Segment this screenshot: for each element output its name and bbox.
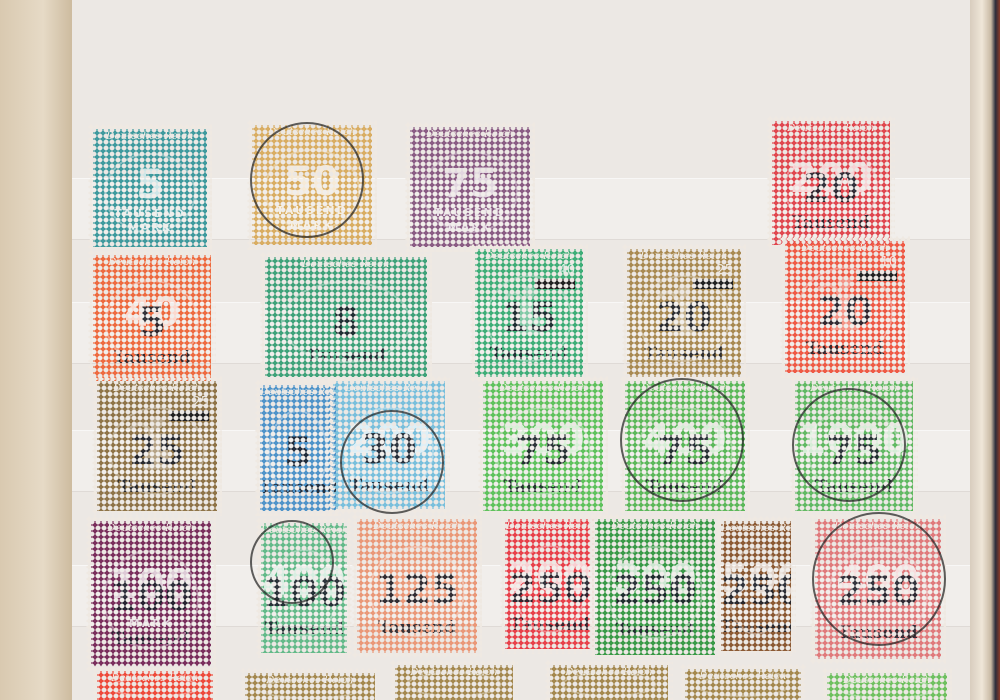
overprint-word: Tausend — [475, 344, 583, 364]
overprint-word: Tausend — [483, 477, 603, 497]
overprint-value: 125 — [357, 567, 477, 613]
stamp-corner-value: 25 — [192, 395, 209, 410]
stamp-header-text: Deutsches Reich — [505, 521, 595, 532]
stamp-corner-value: 10 — [880, 255, 897, 270]
stamp: Deutsches Reich200250Tausend — [500, 514, 600, 654]
stamp-header-text: Deutsches Reich — [91, 523, 211, 534]
stamp-header-text: Deutsches Reich — [815, 521, 941, 532]
overprint-value: 30 — [333, 427, 445, 473]
overprint-word: Tausend — [91, 629, 211, 649]
stamp-header-text: Deutsches Reich — [785, 243, 905, 254]
stamp-face-value: 5 — [93, 162, 207, 208]
overprint-word: Tausend — [595, 620, 715, 640]
stamp-currency-text: MARK — [252, 219, 372, 232]
overprint-value: 25 — [97, 428, 217, 474]
overprint-value: 5 — [260, 430, 336, 476]
stamp-header-text: Deutsches Reich — [333, 383, 445, 394]
overprint-value: 75 — [795, 428, 913, 474]
stamp-header-text: Deutsches Reich — [93, 131, 207, 142]
stamp-header-text: Deutsches Reich — [483, 383, 603, 394]
stamp-header-text: Deutsches Reich — [475, 251, 583, 262]
stamp-header-text: Deutsches Reich — [410, 129, 530, 140]
overprint-word: Tausend — [721, 617, 791, 637]
stamp-ornament-ring — [697, 675, 790, 697]
overprint-value: 20 — [785, 289, 905, 335]
stamp-header-text: Deutsches Reich — [625, 383, 745, 394]
overprint-value: 15 — [475, 295, 583, 341]
stamp: Deutsches Reich8Tausend — [260, 252, 432, 382]
overprint-value: 100 — [261, 570, 347, 616]
overprint-word: Tausend — [625, 477, 745, 497]
overprint-word: Tausend — [333, 476, 445, 496]
overprint-word: Tausend — [505, 615, 595, 635]
stamp-denomination-text: TAUSEND — [410, 206, 530, 219]
stamp-header-text: Deutsches Reich — [265, 259, 427, 270]
stamp-header-text: Deutsches Reich — [772, 123, 890, 134]
stamp: Deutsches Reich5TAUSENDMARK — [88, 124, 212, 252]
overprint-value: 8 — [265, 300, 427, 346]
stamp-header-text: Deutsches Reich — [627, 251, 741, 262]
stamp: Deutsches Reich400250Tausend — [810, 514, 946, 664]
stamp-ornament-ring — [258, 679, 362, 699]
stamp-ornament-ring — [407, 672, 501, 697]
overprint-value: 20 — [772, 166, 890, 212]
stamp-header-text: Deutsches Reich — [252, 127, 372, 138]
stamp-face-value: 50 — [252, 159, 372, 205]
stamp: Deutsches Reich500250Tausend — [716, 516, 796, 656]
stamp: Deutsches Reich — [240, 668, 380, 700]
stamp: Deutsches Reich75TAUSENDMARK — [405, 122, 535, 252]
stamp-ornament-ring — [839, 679, 935, 699]
stamp-currency-text: MARK — [93, 221, 207, 234]
overprint-word: Tausend — [627, 344, 741, 364]
stamp: Deutsches Reich — [822, 668, 952, 700]
stamp: Deutsches Reich125Tausend — [352, 514, 482, 658]
stamp-corner-value: 25 — [716, 263, 733, 278]
stamp-corner-value: 40 — [558, 263, 575, 278]
stamp: Deutsches Reich100075Tausend — [790, 376, 918, 516]
stamp-ornament-ring — [109, 677, 202, 697]
overprint-value: 250 — [505, 566, 595, 612]
stamp: Deutsches Reich20030Tausend — [328, 376, 450, 514]
album-binding-left — [0, 0, 72, 700]
stamp-header-text: Deutsches Reich — [721, 523, 791, 534]
stamp-denomination-text: TAUSEND — [93, 207, 207, 220]
overprint-word: Tausend — [261, 619, 347, 639]
overprint-value: 250 — [815, 569, 941, 615]
stamp-face-value: 75 — [410, 161, 530, 207]
overprint-value: 5 — [93, 300, 211, 346]
overprint-word: Tausend — [97, 477, 217, 497]
overprint-word: Tausend — [260, 478, 336, 498]
overprint-word: Tausend — [357, 618, 477, 638]
stamp: Deutsches Reich30075Tausend — [478, 376, 608, 516]
stamp-ornament-ring — [562, 672, 656, 697]
overprint-word: Tausend — [93, 348, 211, 368]
stamp: Deutsches Reich2525Tausend — [92, 376, 222, 516]
overprint-value: 75 — [483, 428, 603, 474]
stamp: Deutsches Reich2520Tausend — [622, 244, 746, 382]
stamp-header-text: Deutsches Reich — [93, 257, 211, 268]
overprint-value: 75 — [625, 428, 745, 474]
stamp: Deutsches Reich400100Tausend — [256, 518, 352, 658]
stamp-header-text: Deutsches Reich — [260, 387, 336, 398]
stamp: Deutsches Reich20020Tausend — [767, 116, 895, 250]
stamp: Deutsches Reich — [390, 660, 518, 700]
overprint-value: 20 — [627, 295, 741, 341]
stamp: Deutsches Reich — [92, 666, 218, 700]
overprint-value: 250 — [721, 568, 791, 614]
stamp-header-text: Deutsches Reich — [261, 525, 347, 536]
overprint-value: 100 — [91, 574, 211, 620]
overprint-word: Tausend — [795, 477, 913, 497]
overprint-word: Tausend — [815, 623, 941, 643]
stamp-denomination-text: TAUSEND — [252, 204, 372, 217]
stamp: Deutsches Reich405Tausend — [88, 250, 216, 386]
overprint-word: Tausend — [785, 339, 905, 359]
stamp-header-text: Deutsches Reich — [97, 383, 217, 394]
album-binding-right — [970, 0, 1000, 700]
overprint-word: Tausend — [772, 213, 890, 233]
stamp: Deutsches Reich300250Tausend — [590, 514, 720, 660]
stamp: Deutsches Reich1020Tausend — [780, 236, 910, 378]
stamp-header-text: Deutsches Reich — [795, 383, 913, 394]
overprint-value: 250 — [595, 568, 715, 614]
stamp: Deutsches Reich4015Tausend — [470, 244, 588, 382]
stamp: Deutsches Reich50TAUSENDMARK — [247, 120, 377, 250]
stamp-header-text: Deutsches Reich — [595, 521, 715, 532]
stamp-currency-text: MARK — [410, 221, 530, 234]
stamp: Deutsches Reich — [680, 664, 806, 700]
stamp-header-text: Deutsches Reich — [357, 521, 477, 532]
overprint-word: Tausend — [265, 346, 427, 366]
stamp: Deutsches Reich40075Tausend — [620, 376, 750, 516]
stamp: Deutsches Reich — [545, 660, 673, 700]
stamp: Deutsches Reich100MARK100Tausend — [86, 516, 216, 672]
